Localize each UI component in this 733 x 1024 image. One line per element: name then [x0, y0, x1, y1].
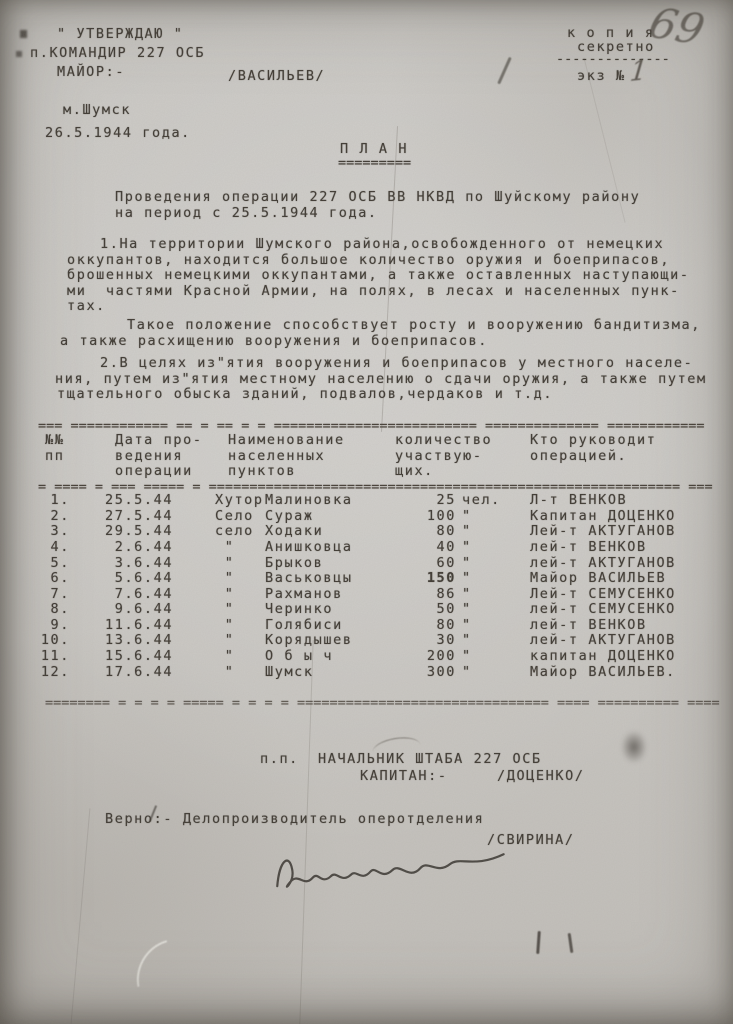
row-count-unit: " — [462, 555, 472, 571]
body-text-line: 2.В целях из"ятия вооружения и боеприпас… — [100, 356, 693, 371]
table-row: 6. 5.6.44 "Васьковцы150"Майор ВАСИЛЬЕВ — [38, 570, 733, 586]
table-header-cell: операцией. — [530, 449, 627, 464]
handwritten-page-number: 69 — [644, 0, 710, 54]
row-number: 8. — [38, 601, 70, 617]
row-settlement-name: Черинко — [265, 601, 333, 617]
row-settlement-type: " — [215, 586, 234, 602]
secrecy-dashes: -------------- — [556, 52, 670, 67]
row-count-unit: " — [462, 539, 472, 555]
row-date: 11.6.44 — [105, 617, 173, 633]
row-date: 9.6.44 — [105, 601, 173, 617]
row-settlement-name: О б ы ч — [265, 648, 333, 664]
row-number: 7. — [38, 586, 70, 602]
table-row: 11.15.6.44 "О б ы ч200"капитан ДОЦЕНКО — [38, 648, 733, 664]
row-leader: Лей-т АКТУГАНОВ — [530, 523, 676, 539]
scanned-document-page: " УТВЕРЖДАЮ " п.КОМАНДИР 227 ОСБ МАЙОР:-… — [0, 0, 733, 1024]
body-text-line: тах. — [67, 299, 106, 314]
handwritten-copy-number: 1 — [628, 55, 648, 88]
body-text-line: тщательного обыска зданий, подвалов,черд… — [57, 387, 553, 402]
table-row: 3.29.5.44селоХодаки80"Лей-т АКТУГАНОВ — [38, 523, 733, 539]
copy-number-label: экз № — [577, 69, 626, 84]
row-participant-count: 150 — [378, 570, 456, 586]
row-number: 6. — [38, 570, 70, 586]
row-leader: капитан ДОЦЕНКО — [530, 648, 676, 664]
row-leader: лей-т ВЕНКОВ — [530, 539, 647, 555]
row-settlement-type: " — [215, 617, 234, 633]
row-participant-count: 40 — [378, 539, 456, 555]
table-row: 12.17.6.44 "Шумск300"Майор ВАСИЛЬЕВ. — [38, 664, 733, 680]
approval-commander-name: /ВАСИЛЬЕВ/ — [228, 69, 325, 84]
row-number: 3. — [38, 523, 70, 539]
table-row: 5. 3.6.44 "Брыков60"лей-т АКТУГАНОВ — [38, 555, 733, 571]
table-header-cell: количество — [395, 433, 492, 448]
row-participant-count: 100 — [378, 508, 456, 524]
table-row: 1.25.5.44ХуторМалиновка25чел.Л-т ВЕНКОВ — [38, 492, 733, 508]
row-settlement-type: " — [215, 539, 234, 555]
row-settlement-type: " — [215, 664, 234, 680]
row-count-unit: " — [462, 601, 472, 617]
row-settlement-name: Васьковцы — [265, 570, 353, 586]
row-count-unit: " — [462, 632, 472, 648]
row-settlement-name: Сураж — [265, 508, 314, 524]
row-date: 7.6.44 — [105, 586, 173, 602]
body-text-line: оккупантов, находится большое количество… — [67, 253, 670, 268]
row-participant-count: 30 — [378, 632, 456, 648]
date-line: 26.5.1944 года. — [45, 126, 191, 141]
table-header-cell: ведения — [115, 449, 183, 464]
row-settlement-type: " — [215, 648, 234, 664]
row-settlement-type: село — [215, 523, 254, 539]
handwritten-signature — [266, 827, 519, 900]
row-settlement-type: Село — [215, 508, 254, 524]
row-settlement-name: Брыков — [265, 555, 323, 571]
row-date: 15.6.44 — [105, 648, 173, 664]
table-row: 9.11.6.44 "Голябиси80"лей-т ВЕНКОВ — [38, 617, 733, 633]
row-count-unit: " — [462, 664, 472, 680]
row-number: 12. — [38, 664, 70, 680]
row-settlement-type: " — [215, 570, 234, 586]
paper-scratch — [123, 926, 221, 1024]
chief-name: /ДОЦЕНКО/ — [497, 769, 585, 784]
title-underline: ========= — [338, 156, 411, 171]
table-header-cell: щих. — [395, 464, 434, 479]
row-participant-count: 80 — [378, 617, 456, 633]
body-text-line: ми частями Красной Армии, на полях, в ле… — [67, 284, 680, 299]
approval-rank: МАЙОР:- — [57, 65, 125, 80]
row-settlement-name: Ходаки — [265, 523, 323, 539]
table-row: 4. 2.6.44 "Анишковца40"лей-т ВЕНКОВ — [38, 539, 733, 555]
table-bottom-ruler: ======== = = = = ===== = = = = =========… — [45, 696, 727, 711]
row-settlement-name: Рахманов — [265, 586, 343, 602]
row-leader: Майор ВАСИЛЬЕВ — [530, 570, 666, 586]
row-date: 17.6.44 — [105, 664, 173, 680]
row-leader: лей-т СЕМУСЕНКО — [530, 601, 676, 617]
ink-stroke — [536, 931, 541, 954]
row-date: 3.6.44 — [105, 555, 173, 571]
table-header-cell: Кто руководит — [530, 433, 656, 448]
table-row: 2.27.5.44СелоСураж100"Капитан ДОЦЕНКО — [38, 508, 733, 524]
table-row: 7. 7.6.44 "Рахманов86"Лей-т СЕМУСЕНКО — [38, 586, 733, 602]
ink-speck — [16, 51, 22, 57]
subject-line: Проведения операции 227 ОСБ ВВ НКВД по Ш… — [115, 190, 640, 205]
row-settlement-type: " — [215, 555, 234, 571]
ink-smudge — [616, 724, 652, 770]
row-participant-count: 25 — [378, 492, 456, 508]
row-settlement-name: Анишковца — [265, 539, 353, 555]
row-count-unit: " — [462, 523, 472, 539]
row-count-unit: " — [462, 508, 472, 524]
row-leader: лей-т ВЕНКОВ — [530, 617, 647, 633]
row-leader: лей-т АКТУГАНОВ — [530, 632, 676, 648]
table-header-cell: операции — [115, 464, 193, 479]
row-date: 29.5.44 — [105, 523, 173, 539]
subject-line: на период с 25.5.1944 года. — [115, 206, 378, 221]
table-header-cell: населенных — [228, 449, 325, 464]
chief-rank: КАПИТАН:- — [360, 769, 448, 784]
table-header-cell: участвую- — [395, 449, 483, 464]
table-header-cell: пп — [45, 449, 64, 464]
approval-commander-line: п.КОМАНДИР 227 ОСБ — [30, 46, 205, 61]
body-text-line: брошенных немецкими оккупантами, а также… — [67, 268, 690, 283]
row-count-unit: чел. — [462, 492, 501, 508]
row-leader: Л-т ВЕНКОВ — [530, 492, 627, 508]
ink-stroke — [568, 933, 574, 953]
row-number: 10. — [38, 632, 70, 648]
body-text-line: 1.На территории Шумского района,освобожд… — [100, 237, 664, 252]
row-date: 25.5.44 — [105, 492, 173, 508]
row-number: 1. — [38, 492, 70, 508]
paper-crease — [71, 808, 91, 1023]
chief-of-staff-line: НАЧАЛЬНИК ШТАБА 227 ОСБ — [318, 752, 542, 767]
table-row: 8. 9.6.44 "Черинко50"лей-т СЕМУСЕНКО — [38, 601, 733, 617]
row-settlement-type: " — [215, 632, 234, 648]
row-settlement-type: Хутор — [215, 492, 264, 508]
place-line: м.Шумск — [63, 103, 131, 118]
row-participant-count: 86 — [378, 586, 456, 602]
row-settlement-type: " — [215, 601, 234, 617]
row-number: 4. — [38, 539, 70, 555]
row-participant-count: 80 — [378, 523, 456, 539]
row-count-unit: " — [462, 648, 472, 664]
row-leader: Майор ВАСИЛЬЕВ. — [530, 664, 676, 680]
row-leader: Капитан ДОЦЕНКО — [530, 508, 676, 524]
row-leader: Лей-т СЕМУСЕНКО — [530, 586, 676, 602]
table-header-cell: Дата про- — [115, 433, 203, 448]
row-count-unit: " — [462, 617, 472, 633]
row-count-unit: " — [462, 570, 472, 586]
row-participant-count: 60 — [378, 555, 456, 571]
body-text-line: Такое положение способствует росту и воо… — [127, 318, 701, 333]
row-settlement-name: Голябиси — [265, 617, 343, 633]
row-leader: лей-т АКТУГАНОВ — [530, 555, 676, 571]
body-text-line: ния, путем из"ятия местному населению о … — [55, 372, 707, 387]
row-number: 11. — [38, 648, 70, 664]
row-participant-count: 300 — [378, 664, 456, 680]
row-date: 27.5.44 — [105, 508, 173, 524]
certified-line: Верно:- Делопроизводитель оперотделения — [105, 812, 484, 827]
row-number: 5. — [38, 555, 70, 571]
row-number: 9. — [38, 617, 70, 633]
row-settlement-name: Шумск — [265, 664, 314, 680]
row-settlement-name: Малиновка — [265, 492, 353, 508]
table-row: 10.13.6.44 "Корядышев30"лей-т АКТУГАНОВ — [38, 632, 733, 648]
row-date: 2.6.44 — [105, 539, 173, 555]
row-settlement-name: Корядышев — [265, 632, 353, 648]
table-header-cell: №№ — [45, 433, 64, 448]
row-count-unit: " — [462, 586, 472, 602]
ink-speck — [20, 30, 27, 38]
table-header-cell: Наименование — [228, 433, 345, 448]
row-participant-count: 50 — [378, 601, 456, 617]
row-number: 2. — [38, 508, 70, 524]
approval-stamp-label: " УТВЕРЖДАЮ " — [57, 27, 183, 42]
row-date: 13.6.44 — [105, 632, 173, 648]
body-text-line: а также расхищению вооружения и боеприпа… — [60, 334, 488, 349]
pp-abbreviation: п.п. — [260, 752, 299, 767]
row-date: 5.6.44 — [105, 570, 173, 586]
pen-slash-mark — [497, 57, 511, 85]
table-header-cell: пунктов — [228, 464, 296, 479]
row-participant-count: 200 — [378, 648, 456, 664]
